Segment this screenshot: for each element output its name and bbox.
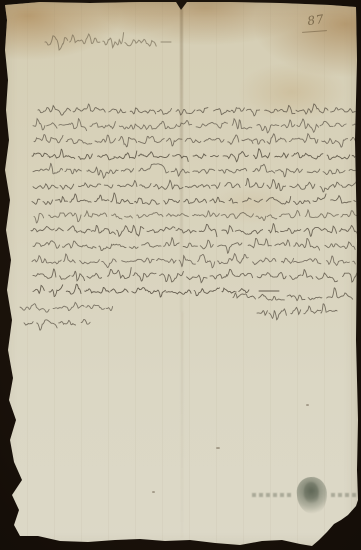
- body-line-stroke: [32, 149, 357, 162]
- salutation-line-stroke: [45, 33, 171, 50]
- ink-speck: [152, 491, 155, 493]
- body-line-stroke: [33, 268, 357, 283]
- stamp-emblem-core: [303, 482, 319, 505]
- date-line-stroke: [24, 319, 90, 330]
- closing-line-stroke: [257, 304, 337, 320]
- body-line-stroke: [33, 238, 355, 254]
- body-line-stroke: [33, 119, 358, 133]
- scanned-letter-photo: 87: [0, 0, 361, 550]
- letter-paper: 87: [0, 0, 361, 550]
- ink-speck: [216, 447, 220, 449]
- stamp-text-left: [252, 493, 292, 497]
- closing-line-stroke: [233, 288, 353, 301]
- body-line-stroke: [32, 193, 356, 204]
- body-line-stroke: [33, 284, 279, 297]
- body-line-stroke: [33, 178, 357, 192]
- date-line-stroke: [20, 302, 113, 312]
- body-line-stroke: [31, 224, 357, 237]
- body-line-stroke: [33, 163, 357, 178]
- body-line-stroke: [38, 104, 356, 116]
- body-line-stroke: [34, 134, 356, 147]
- body-line-stroke: [32, 254, 355, 268]
- stamp-text-right: [331, 493, 361, 497]
- handwriting-layer: [0, 0, 361, 550]
- ink-speck: [306, 404, 309, 406]
- body-line-stroke: [34, 210, 357, 223]
